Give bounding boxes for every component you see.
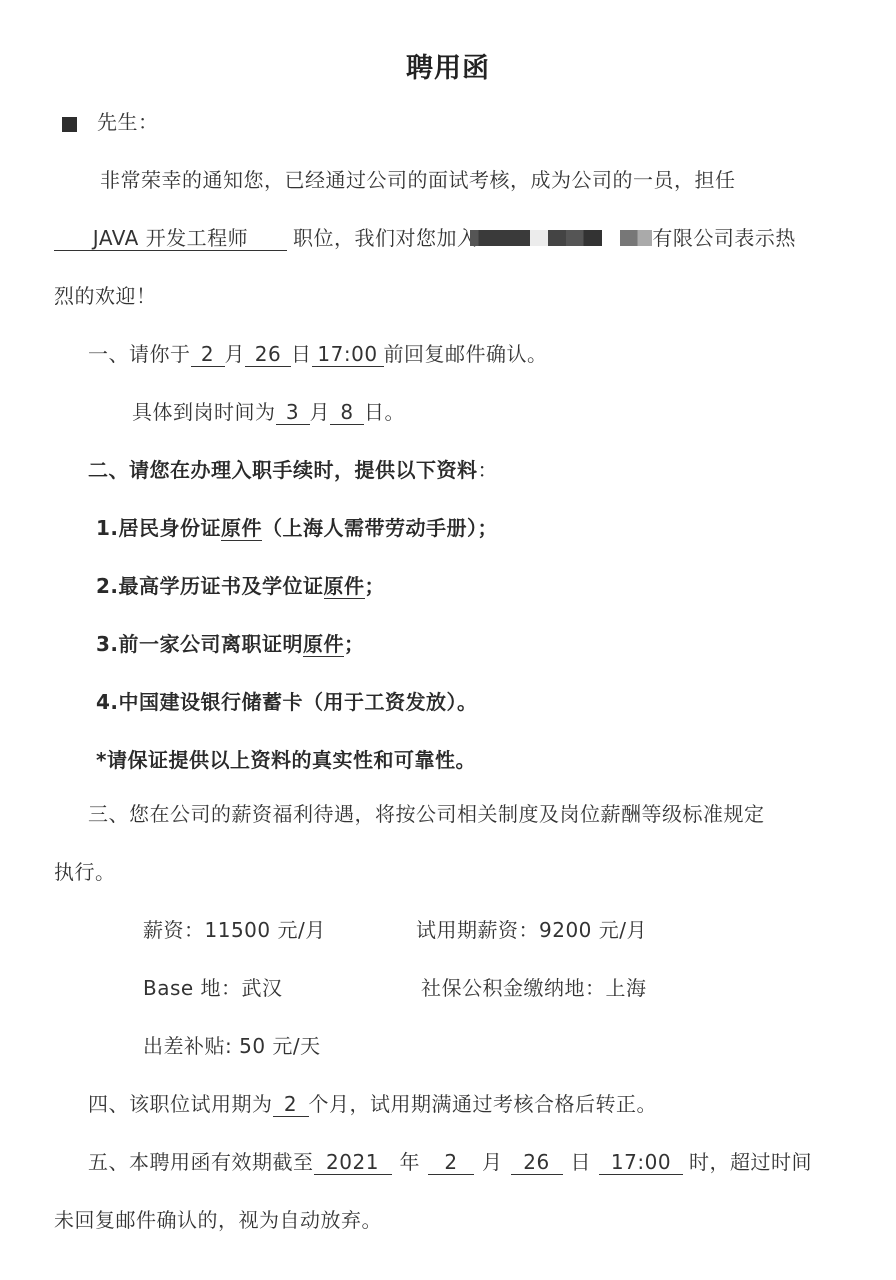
salutation: 先生： xyxy=(62,108,159,136)
position-field: JAVA 开发工程师 xyxy=(54,226,287,251)
reply-month-field: 2 xyxy=(191,342,225,367)
redacted-company-space xyxy=(602,230,620,246)
social-security-location: 社保公积金缴纳地：上海 xyxy=(421,974,647,1002)
section-4-probation: 四、该职位试用期为2个月，试用期满通过考核合格后转正。 xyxy=(88,1090,657,1118)
arrival-date: 具体到岗时间为3月8日。 xyxy=(132,398,405,426)
validity-month-unit: 月 xyxy=(482,1150,503,1174)
probation-months-field: 2 xyxy=(273,1092,309,1117)
section-3-line-2: 执行。 xyxy=(54,858,116,886)
arrival-day-field: 8 xyxy=(330,400,364,425)
arrival-prefix: 具体到岗时间为 xyxy=(132,400,276,424)
redacted-company-part-3 xyxy=(620,230,652,246)
authenticity-note: *请保证提供以上资料的真实性和可靠性。 xyxy=(96,746,476,774)
section-4-suffix: 个月，试用期满通过考核合格后转正。 xyxy=(309,1092,658,1116)
item-2-suffix: ； xyxy=(365,574,386,598)
redacted-company-gap xyxy=(530,230,548,246)
document-item-4: 4.中国建设银行储蓄卡（用于工资发放）。 xyxy=(96,688,478,716)
redacted-name-block xyxy=(62,117,77,132)
redacted-company-part-1 xyxy=(470,230,530,246)
section-5-line-2: 未回复邮件确认的，视为自动放弃。 xyxy=(54,1206,382,1234)
item-3-prefix: 3.前一家公司离职证明 xyxy=(96,632,303,656)
section-1-reply-deadline: 一、请你于2月26日17:00前回复邮件确认。 xyxy=(88,340,548,368)
salutation-suffix: 先生： xyxy=(97,110,159,134)
arrival-month-field: 3 xyxy=(276,400,310,425)
section-5-validity: 五、本聘用函有效期截至2021年2月26日17:00时，超过时间 xyxy=(88,1148,812,1176)
section-1-prefix: 一、请你于 xyxy=(88,342,191,366)
validity-month-field: 2 xyxy=(428,1150,474,1175)
section-5-suffix: 时，超过时间 xyxy=(689,1150,812,1174)
section-2-heading: 二、请您在办理入职手续时，提供以下资料： xyxy=(88,456,498,484)
section-1-suffix: 前回复邮件确认。 xyxy=(384,342,548,366)
validity-day-unit: 日 xyxy=(571,1150,592,1174)
document-item-1: 1.居民身份证原件（上海人需带劳动手册）； xyxy=(96,514,498,542)
section-4-prefix: 四、该职位试用期为 xyxy=(88,1092,273,1116)
item-1-suffix: （上海人需带劳动手册）； xyxy=(262,516,498,540)
document-item-3: 3.前一家公司离职证明原件； xyxy=(96,630,365,658)
validity-time-field: 17:00 xyxy=(599,1150,683,1175)
year-unit: 年 xyxy=(400,1150,421,1174)
validity-year-field: 2021 xyxy=(314,1150,392,1175)
intro-line-1: 非常荣幸的通知您，已经通过公司的面试考核，成为公司的一员，担任 xyxy=(100,166,736,194)
section-2-heading-text: 二、请您在办理入职手续时，提供以下资料 xyxy=(88,458,478,482)
travel-allowance: 出差补贴: 50 元/天 xyxy=(143,1032,321,1060)
intro-line-3: 烈的欢迎！ xyxy=(54,282,157,310)
item-2-original-tag: 原件 xyxy=(324,574,365,599)
month-unit: 月 xyxy=(225,342,246,366)
item-3-suffix: ； xyxy=(344,632,365,656)
arrival-day-unit: 日。 xyxy=(364,400,405,424)
item-1-original-tag: 原件 xyxy=(221,516,262,541)
redacted-company-part-2 xyxy=(548,230,602,246)
company-suffix: 有限公司表示热 xyxy=(652,226,796,250)
probation-salary: 试用期薪资：9200 元/月 xyxy=(416,916,647,944)
salary: 薪资：11500 元/月 xyxy=(143,916,326,944)
base-location: Base 地：武汉 xyxy=(143,974,283,1002)
intro-line-2: JAVA 开发工程师职位，我们对您加入 有限公司表示热 xyxy=(54,224,796,252)
item-4-text: 4.中国建设银行储蓄卡（用于工资发放）。 xyxy=(96,690,478,714)
section-5-prefix: 五、本聘用函有效期截至 xyxy=(88,1150,314,1174)
arrival-month-unit: 月 xyxy=(310,400,331,424)
validity-day-field: 26 xyxy=(511,1150,563,1175)
item-1-prefix: 1.居民身份证 xyxy=(96,516,221,540)
reply-time-field: 17:00 xyxy=(312,342,384,367)
section-2-colon: ： xyxy=(478,458,499,482)
reply-day-field: 26 xyxy=(245,342,291,367)
page-title: 聘用函 xyxy=(0,46,896,85)
item-2-prefix: 2.最高学历证书及学位证 xyxy=(96,574,324,598)
document-item-2: 2.最高学历证书及学位证原件； xyxy=(96,572,385,600)
intro-after-position: 职位，我们对您加入 xyxy=(293,226,478,250)
day-unit: 日 xyxy=(291,342,312,366)
item-3-original-tag: 原件 xyxy=(303,632,344,657)
section-3-line-1: 三、您在公司的薪资福利待遇，将按公司相关制度及岗位薪酬等级标准规定 xyxy=(88,800,765,828)
